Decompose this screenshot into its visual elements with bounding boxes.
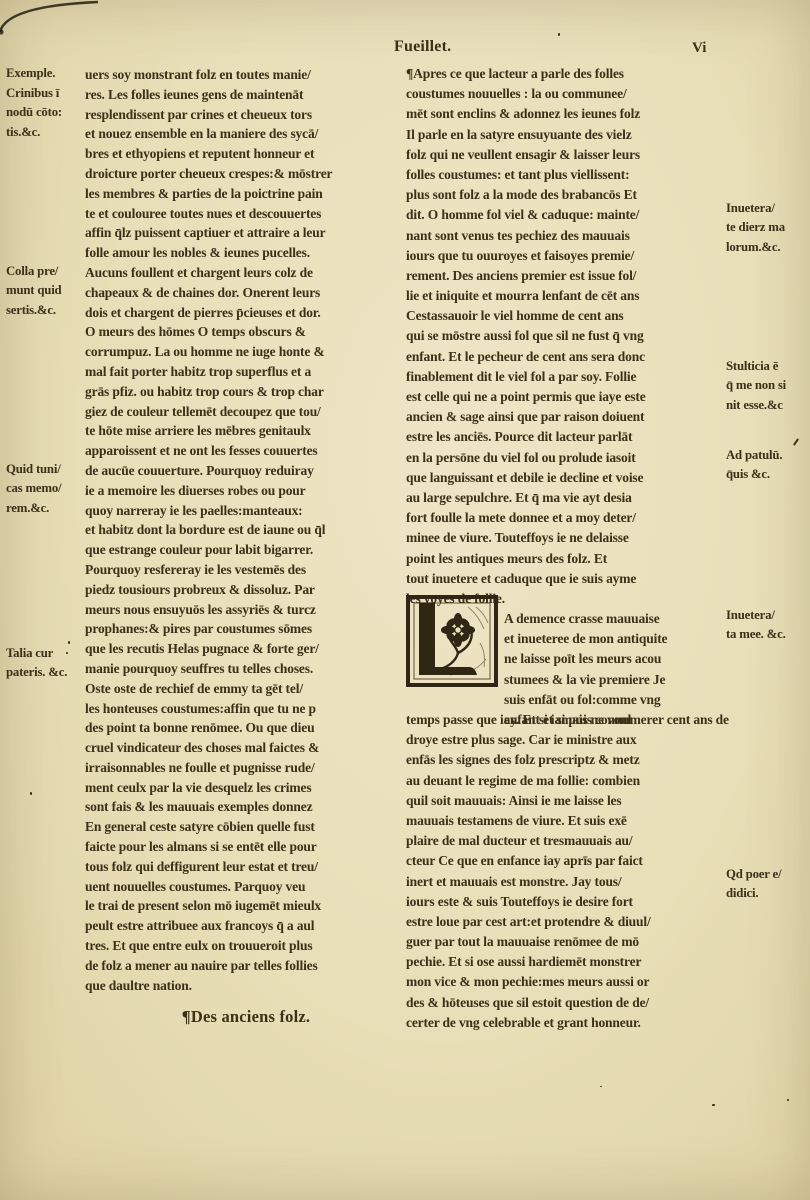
- text-line: Aucuns foullent et chargent leurs colz d…: [85, 263, 407, 283]
- margin-note-line: nodū cōto:: [6, 103, 86, 122]
- text-line: mon vice & mon pechie:mes meurs aussi or: [406, 972, 732, 992]
- text-line: estre loue par cest art:et protendre & d…: [406, 912, 732, 932]
- text-line: ment ceulx par la vie desquelz les crime…: [85, 778, 407, 798]
- text-line: enfant. Et le pecheur de cent ans sera d…: [406, 347, 732, 367]
- text-line: peult estre attribuee aux francoys q̄ a …: [85, 916, 407, 936]
- left-margin-note-crinibus: Crinibus īnodū cōto:tis.&c.: [6, 84, 86, 142]
- margin-note-line: Colla pre/: [6, 262, 86, 281]
- text-line: coustumes nouuelles : la ou communee/: [406, 84, 732, 104]
- margin-note-line: q̄uis &c.: [726, 465, 806, 484]
- text-line: nant sont venus tes pechiez des mauuais: [406, 226, 732, 246]
- text-line: irraisonnables ne foulle et pugnisse rud…: [85, 758, 407, 778]
- paper-speck: [30, 792, 32, 795]
- paper-speck: [558, 33, 560, 36]
- text-line: droye estre plus sage. Car ie ministre a…: [406, 730, 732, 750]
- margin-note-line: Exemple.: [6, 64, 86, 83]
- text-line: apparoissent et ne ont les fesses couuer…: [85, 441, 407, 461]
- text-line: tres. Et que entre eulx on trouueroit pl…: [85, 936, 407, 956]
- text-line: fort foulle la mete donnee et a moy dete…: [406, 508, 732, 528]
- text-line: iours este & suis Touteffoys ie desire f…: [406, 892, 732, 912]
- text-line: ne laisse poīt les meurs acou: [504, 649, 732, 669]
- text-line: ¶Apres ce que lacteur a parle des folles: [406, 64, 732, 84]
- text-line: des & hōteuses que sil estoit question d…: [406, 993, 732, 1013]
- text-line: tout inuetere et caduque que ie suis aym…: [406, 569, 732, 589]
- text-line: chapeaux & de chaines dor. Onerent leurs: [85, 283, 407, 303]
- text-line: mauuais testamens de viure. Et suis exē: [406, 811, 732, 831]
- text-line: certer de vng celebrable et grant honneu…: [406, 1013, 732, 1033]
- margin-note-line: q̄ me non si: [726, 376, 806, 395]
- text-line: que languissant et debile ie decline et …: [406, 468, 732, 488]
- margin-note-line: nit esse.&c: [726, 396, 806, 415]
- margin-note-line: ta mee. &c.: [726, 625, 806, 644]
- text-line: point les antiques meurs des folz. Et: [406, 549, 732, 569]
- text-line: lie et iniquite et mourra lenfant de cēt…: [406, 286, 732, 306]
- text-line: A demence crasse mauuaise: [504, 609, 732, 629]
- text-line: et inueteree de mon antiquite: [504, 629, 732, 649]
- margin-note-line: rem.&c.: [6, 499, 86, 518]
- woodcut-initial-L: [406, 595, 498, 687]
- text-line: te et coulouree toutes nues et descouuer…: [85, 204, 407, 224]
- text-line: quil soit mauuais: Ainsi ie me laisse le…: [406, 791, 732, 811]
- margin-note-line: Qd poer e/: [726, 865, 806, 884]
- text-line: les membres & parties de la poictrine pa…: [85, 184, 407, 204]
- text-line: et nouez ensemble en la maniere des sycā…: [85, 124, 407, 144]
- text-line: Cestassauoir le viel homme de cent ans: [406, 306, 732, 326]
- text-line: en la persōne du viel fol ou prolude ias…: [406, 448, 732, 468]
- text-line: Pourquoy resfereray ie les vestemēs des: [85, 560, 407, 580]
- scanned-book-page: Fueillet. Vi Exemple. Crinibus īnodū cōt…: [0, 0, 810, 1200]
- text-line: Il parle en la satyre ensuyuante des vie…: [406, 125, 732, 145]
- margin-note-line: Stulticia ē: [726, 357, 806, 376]
- text-line: plus sont folz a la mode des brabancōs E…: [406, 185, 732, 205]
- margin-note-line: te dierz ma: [726, 218, 806, 237]
- right-margin-note-stulticia: Stulticia ēq̄ me non sinit esse.&c: [726, 357, 806, 415]
- text-line: ie a memoire les diuerses robes ou pour: [85, 481, 407, 501]
- text-line: folle amour les nobles & ieunes pucelles…: [85, 243, 407, 263]
- text-line: au large sepulchre. Et q̄ ma vie ayt des…: [406, 488, 732, 508]
- paper-speck: [712, 1104, 715, 1106]
- text-line: pechie. Et si ose aussi hardiemēt monstr…: [406, 952, 732, 972]
- text-line: dit. O homme fol viel & caduque: mainte/: [406, 205, 732, 225]
- right-margin-note-quod-puer: Qd poer e/didici.: [726, 865, 806, 904]
- paper-speck: [787, 1099, 789, 1101]
- running-title: Fueillet.: [394, 38, 451, 56]
- text-line: grās pfiz. ou habitz trop cours & trop c…: [85, 382, 407, 402]
- text-line: uers soy monstrant folz en toutes manie/: [85, 65, 407, 85]
- text-line: cteur Ce que en enfance iay aprīs par fa…: [406, 851, 732, 871]
- text-line: piedz tousiours probreux & dissoluz. Par: [85, 580, 407, 600]
- text-line: plaire de mal ducteur et tresmauuais au/: [406, 831, 732, 851]
- text-line: que daultre nation.: [85, 976, 407, 996]
- paper-speck: [600, 1086, 602, 1087]
- left-margin-note-exemple: Exemple.: [6, 64, 86, 83]
- text-line: est celle qui ne a point permis que iaye…: [406, 387, 732, 407]
- right-text-column-upper: ¶Apres ce que lacteur a parle des folles…: [406, 64, 732, 609]
- right-margin-note-inueterata: Inuetera/ta mee. &c.: [726, 606, 806, 645]
- text-line: sont fais & les mauuais exemples donnez: [85, 797, 407, 817]
- text-line: mal fait porter habitz trop superflus et…: [85, 362, 407, 382]
- margin-note-line: Ad patulū.: [726, 446, 806, 465]
- paper-speck: [66, 652, 68, 654]
- text-line: temps passe que iay. Et si iamais ne vou…: [406, 710, 732, 730]
- text-line: giez de couleur tellemēt decoupez que to…: [85, 402, 407, 422]
- margin-note-line: Crinibus ī: [6, 84, 86, 103]
- text-line: tous folz qui deffigurent leur estat et …: [85, 857, 407, 877]
- text-line: En general ceste satyre cōbien quelle fu…: [85, 817, 407, 837]
- text-line: enfās les signes des folz prescriptz & m…: [406, 750, 732, 770]
- page-edge-mark: [0, 0, 108, 46]
- text-line: droicture porter cheueux crespes:& mōstr…: [85, 164, 407, 184]
- right-margin-note-ad-patulum: Ad patulū.q̄uis &c.: [726, 446, 806, 485]
- text-line: au deuant le regime de ma follie: combie…: [406, 771, 732, 791]
- text-line: estre les anciēs. Pource dit lacteur par…: [406, 427, 732, 447]
- left-text-column: uers soy monstrant folz en toutes manie/…: [85, 65, 407, 995]
- right-margin-note-inueterate: Inuetera/te dierz malorum.&c.: [726, 199, 806, 257]
- text-line: que estrange couleur pour labit bigarrer…: [85, 540, 407, 560]
- text-line: les honteuses coustumes:affin que tu ne …: [85, 699, 407, 719]
- text-line: O meurs des hōmes O temps obscurs &: [85, 322, 407, 342]
- text-line: te hōte mise arriere les mēbres genitaul…: [85, 421, 407, 441]
- text-line: meurs nous ensuyuōs les assyriēs & turcz: [85, 600, 407, 620]
- text-line: ancien & sage ainsi que par raison doiue…: [406, 407, 732, 427]
- text-line: minee de viure. Touteffoys ie ne delaiss…: [406, 528, 732, 548]
- text-line: bres et ethyopiens et reputent honneur e…: [85, 144, 407, 164]
- left-margin-note-quid-tunicas: Quid tuni/cas memo/rem.&c.: [6, 460, 86, 518]
- margin-note-line: cas memo/: [6, 479, 86, 498]
- text-line: et habitz dont la bordure est de iaune o…: [85, 520, 407, 540]
- text-line: iours que tu ouuroyes et faisoyes premie…: [406, 246, 732, 266]
- section-heading-des-anciens-folz: ¶Des anciens folz.: [85, 1007, 407, 1027]
- paper-speck: [68, 641, 70, 644]
- margin-note-line: tis.&c.: [6, 123, 86, 142]
- right-text-column-lower: temps passe que iay. Et si iamais ne vou…: [406, 710, 732, 1033]
- text-line: corrumpuz. La ou homme ne iuge honte &: [85, 342, 407, 362]
- text-line: folles coustumes: et tant plus viellisse…: [406, 165, 732, 185]
- margin-stray-mark: [793, 438, 799, 446]
- text-line: Oste oste de rechief de emmy ta gēt tel/: [85, 679, 407, 699]
- text-line: stumees & la vie premiere Je: [504, 670, 732, 690]
- text-line: de folz a mener au nauire par telles fol…: [85, 956, 407, 976]
- text-line: que les recutis Helas pugnace & forte ge…: [85, 639, 407, 659]
- text-line: rement. Des anciens premier est issue fo…: [406, 266, 732, 286]
- text-line: manie pourquoy seuffres tu telles choses…: [85, 659, 407, 679]
- text-line: affin q̄lz puissent captiuer et attraire…: [85, 223, 407, 243]
- text-line: dois et chargent de pierres p̄cieuses et…: [85, 303, 407, 323]
- text-line: finablement dit le viel fol a par soy. F…: [406, 367, 732, 387]
- margin-note-line: sertis.&c.: [6, 301, 86, 320]
- margin-note-line: lorum.&c.: [726, 238, 806, 257]
- text-line: guer par tout la mauuaise renōmee de mō: [406, 932, 732, 952]
- margin-note-line: Inuetera/: [726, 606, 806, 625]
- margin-note-line: didici.: [726, 884, 806, 903]
- text-line: uent nouuelles coustumes. Parquoy veu: [85, 877, 407, 897]
- margin-note-line: Talia cur: [6, 644, 86, 663]
- text-line: des point ta bonne renōmee. Ou que dieu: [85, 718, 407, 738]
- text-line: le trai de present selon mō iugemēt mieu…: [85, 896, 407, 916]
- folio-number: Vi: [692, 40, 706, 57]
- text-line: faicte pour les almans si se entēt elle …: [85, 837, 407, 857]
- margin-note-line: pateris. &c.: [6, 663, 86, 682]
- text-line: quoy narreray ie les paelles:manteaux:: [85, 501, 407, 521]
- text-line: prophanes:& pires par coustumes sōmes: [85, 619, 407, 639]
- text-line: de aucūe couuerture. Pourquoy reduiray: [85, 461, 407, 481]
- text-line: resplendissent par crines et cheueux tor…: [85, 105, 407, 125]
- text-line: folz qui ne veullent ensagir & laisser l…: [406, 145, 732, 165]
- margin-note-line: Inuetera/: [726, 199, 806, 218]
- margin-note-line: munt quid: [6, 281, 86, 300]
- text-line: suis enfāt ou fol:comme vng: [504, 690, 732, 710]
- left-margin-note-talia: Talia curpateris. &c.: [6, 644, 86, 683]
- margin-note-line: Quid tuni/: [6, 460, 86, 479]
- left-margin-note-colla: Colla pre/munt quidsertis.&c.: [6, 262, 86, 320]
- text-line: inert et mauuais est monstre. Jay tous/: [406, 872, 732, 892]
- text-line: qui se mōstre aussi fol que sil ne fust …: [406, 326, 732, 346]
- text-line: cruel vindicateur des choses mal faictes…: [85, 738, 407, 758]
- text-line: res. Les folles ieunes gens de maintenāt: [85, 85, 407, 105]
- text-line: mēt sont enclins & adonnez les ieunes fo…: [406, 104, 732, 124]
